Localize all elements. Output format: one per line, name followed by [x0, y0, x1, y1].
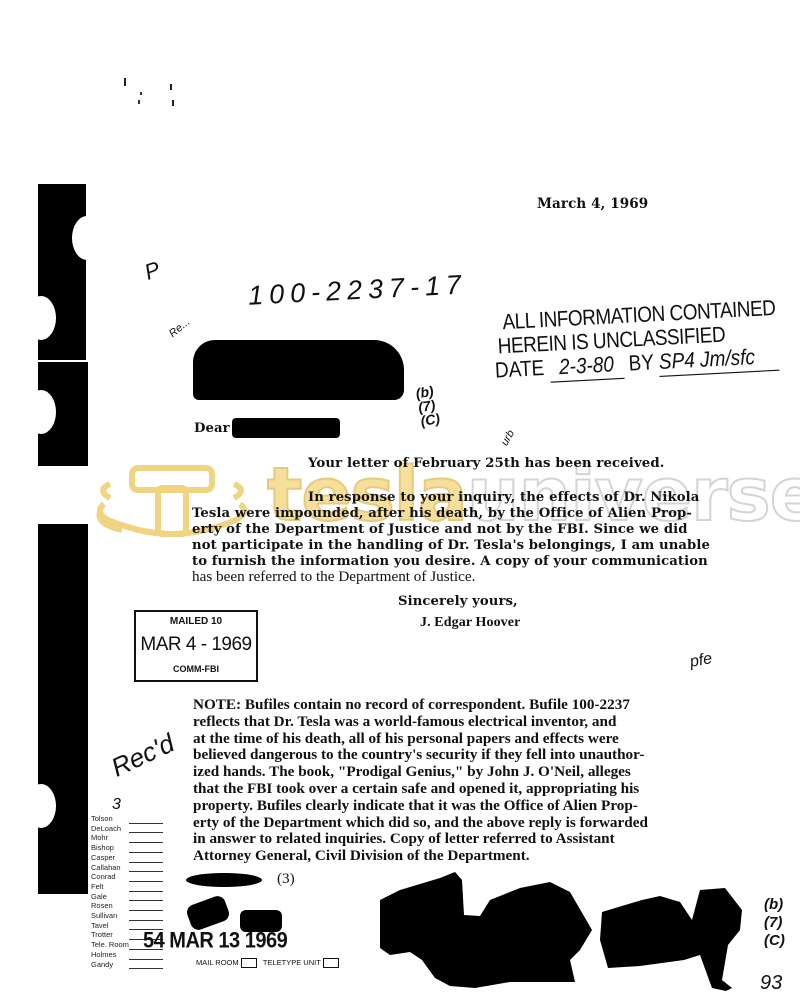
mailed-stamp-line3: COMM-FBI: [136, 664, 256, 674]
routing-entry: Gandy: [91, 960, 163, 970]
signature-name: J. Edgar Hoover: [420, 615, 520, 631]
note-line: erty of the Department which did so, and…: [193, 815, 648, 832]
declass-by-label: BY: [628, 351, 654, 376]
received-stamp: 54 MAR 13 1969: [143, 929, 287, 954]
note-line: property. Bufiles clearly indicate that …: [193, 798, 648, 815]
declass-date-value: 2-3-80: [549, 352, 624, 382]
page-number: 93: [760, 972, 782, 995]
redacted-block: [185, 894, 231, 932]
mail-room-label: MAIL ROOM TELETYPE UNIT: [196, 958, 339, 968]
note-line: at the time of his death, all of his per…: [193, 731, 648, 748]
declass-date-label: DATE: [494, 357, 544, 384]
mailed-stamp: MAILED 10 MAR 4 - 1969 COMM-FBI: [134, 610, 258, 682]
note-line: ized hands. The book, "Prodigal Genius,"…: [193, 764, 648, 781]
scan-specks: [120, 72, 180, 117]
routing-entry: Sullivan: [91, 911, 163, 921]
body-line: has been referred to the Department of J…: [192, 569, 475, 586]
body-line: to furnish the information you desire. A…: [192, 554, 708, 569]
body-line: erty of the Department of Justice and no…: [192, 522, 688, 537]
note-line: NOTE: Bufiles contain no record of corre…: [193, 697, 648, 714]
exemption-code-mid: (b)(7)(C): [415, 382, 450, 428]
routing-entry: Mohr: [91, 833, 163, 843]
declassification-stamp: ALL INFORMATION CONTAINED HEREIN IS UNCL…: [492, 297, 796, 403]
file-number-handwritten: 100-2237-17: [247, 269, 467, 311]
routing-entry: Gale: [91, 892, 163, 902]
handwritten-mark: Re...: [167, 316, 193, 340]
scan-border-left: [38, 184, 88, 896]
redacted-address: [193, 340, 404, 400]
routing-entry: Rosen: [91, 901, 163, 911]
body-line: not participate in the handling of Dr. T…: [192, 538, 710, 553]
exemption-code-bottom: (b)(7)(C): [764, 896, 784, 950]
redacted-copies-prefix: [186, 873, 262, 887]
mailed-stamp-line1: MAILED 10: [136, 616, 256, 627]
note-line: in answer to related inquiries. Copy of …: [193, 831, 648, 848]
salutation: Dear: [194, 421, 230, 436]
routing-entry: Bishop: [91, 843, 163, 853]
note-line: reflects that Dr. Tesla was a world-famo…: [193, 714, 648, 731]
letter-date: March 4, 1969: [537, 196, 648, 212]
declass-by-signature: SP4 Jm/sfc: [658, 344, 779, 377]
redacted-recipient-name: [232, 418, 340, 438]
routing-entry: DeLoach: [91, 824, 163, 834]
body-line: In response to your inquiry, the effects…: [308, 490, 699, 505]
routing-entry: Casper: [91, 853, 163, 863]
note-line: believed dangerous to the country's secu…: [193, 747, 648, 764]
note-section: NOTE: Bufiles contain no record of corre…: [193, 697, 648, 865]
handwritten-initials-right: pfe: [689, 650, 714, 672]
routing-entry: Tolson: [91, 814, 163, 824]
handwritten-number: 3: [112, 796, 121, 814]
body-line: Tesla were impounded, after his death, b…: [192, 506, 692, 521]
routing-entry: Callahan: [91, 863, 163, 873]
routing-entry: Felt: [91, 882, 163, 892]
handwritten-initials: urb: [499, 428, 517, 448]
closing: Sincerely yours,: [398, 594, 518, 609]
copies-count: (3): [277, 871, 295, 888]
routing-entry: Conrad: [91, 872, 163, 882]
handwritten-recd: Rec'd: [107, 728, 180, 784]
redacted-bottom-region: [380, 860, 760, 1001]
mailed-stamp-date: MAR 4 - 1969: [136, 634, 256, 656]
mail-room-checkbox: [241, 958, 257, 968]
handwritten-initial: P: [141, 256, 164, 285]
note-line: that the FBI took over a certain safe an…: [193, 781, 648, 798]
body-opening-line: Your letter of February 25th has been re…: [308, 456, 664, 471]
teletype-unit-checkbox: [323, 958, 339, 968]
